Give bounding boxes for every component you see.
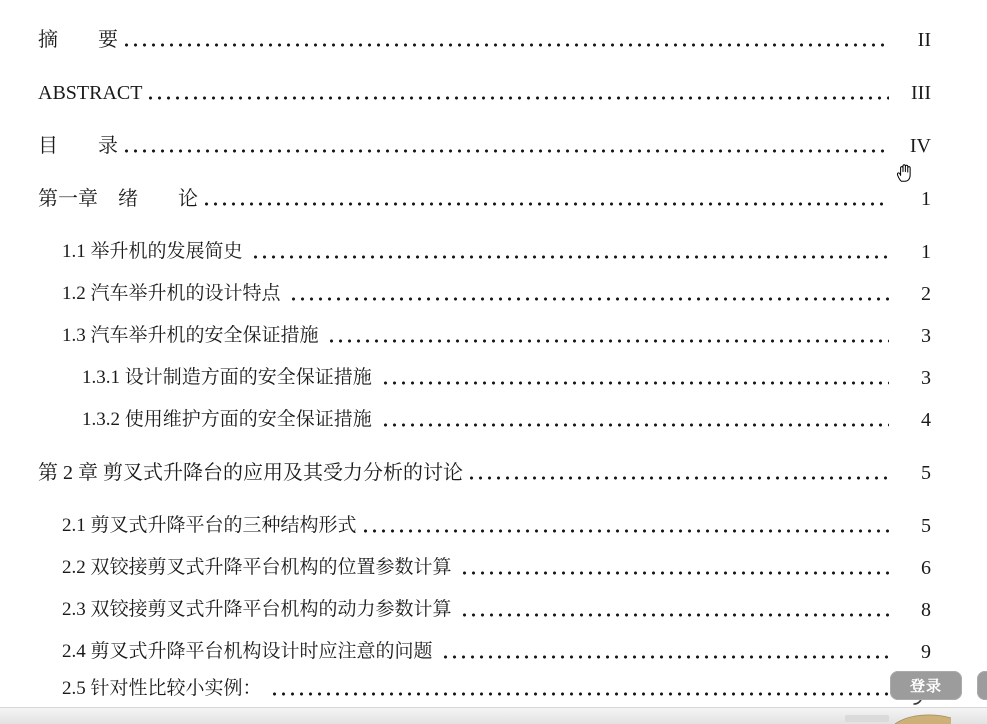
dot-leader	[441, 641, 889, 663]
toc-entry-title: ABSTRACT	[38, 82, 142, 104]
dot-leader	[146, 82, 889, 104]
toc-entry-page-number: 5	[895, 462, 931, 484]
toc-entry: 2.5 针对性比较小实例： 9	[0, 678, 931, 700]
toc-entry: 第一章 绪 论1	[0, 188, 931, 210]
dot-leader	[122, 29, 889, 51]
dot-leader	[270, 678, 889, 700]
toc-entry-title: 1.3 汽车举升机的安全保证措施	[62, 325, 323, 347]
toc-entry-title: 第 2 章 剪叉式升降台的应用及其受力分析的讨论	[38, 462, 463, 484]
toc-entry: 2.1 剪叉式升降平台的三种结构形式5	[0, 515, 931, 537]
toc-list: 摘 要IIABSTRACTIII目 录IV第一章 绪 论11.1 举升机的发展简…	[0, 29, 987, 700]
toc-entry-title: 摘 要	[38, 29, 118, 51]
toc-entry-page-number: 4	[895, 409, 931, 431]
bottom-bar-ghost-text	[845, 715, 889, 722]
toc-entry-page-number: III	[895, 82, 931, 104]
document-page[interactable]: 摘 要IIABSTRACTIII目 录IV第一章 绪 论11.1 举升机的发展简…	[0, 0, 987, 724]
clipped-gold-icon	[893, 712, 953, 724]
toc-entry-page-number: 5	[895, 515, 931, 537]
toc-entry: 第 2 章 剪叉式升降台的应用及其受力分析的讨论5	[0, 462, 931, 484]
toc-entry-title: 2.2 双铰接剪叉式升降平台机构的位置参数计算	[62, 557, 456, 579]
toc-entry-page-number: 1	[895, 188, 931, 210]
dot-leader	[460, 557, 889, 579]
toc-entry: 1.1 举升机的发展简史 1	[0, 241, 931, 263]
dot-leader	[122, 135, 889, 157]
toc-entry: 1.3.1 设计制造方面的安全保证措施 3	[0, 367, 931, 389]
toc-entry: 2.2 双铰接剪叉式升降平台机构的位置参数计算 6	[0, 557, 931, 579]
toc-entry-title: 1.3.1 设计制造方面的安全保证措施	[82, 367, 377, 389]
toc-entry-page-number: 9	[895, 641, 931, 663]
toc-entry: 摘 要II	[0, 29, 931, 51]
toc-entry: 1.2 汽车举升机的设计特点 2	[0, 283, 931, 305]
toc-entry-title: 第一章 绪 论	[38, 188, 198, 210]
dot-leader	[251, 241, 889, 263]
toc-entry-title: 2.5 针对性比较小实例：	[62, 678, 266, 700]
toc-entry-title: 1.2 汽车举升机的设计特点	[62, 283, 285, 305]
toc-entry-title: 1.1 举升机的发展简史	[62, 241, 247, 263]
dot-leader	[381, 409, 889, 431]
toc-entry-page-number: 3	[895, 367, 931, 389]
dot-leader	[381, 367, 889, 389]
toc-entry-page-number: 3	[895, 325, 931, 347]
toc-entry-page-number: 1	[895, 241, 931, 263]
toc-entry-page-number: IV	[895, 135, 931, 157]
toc-entry-page-number: 8	[895, 599, 931, 621]
toc-entry: 1.3.2 使用维护方面的安全保证措施 4	[0, 409, 931, 431]
toc-entry-title: 2.3 双铰接剪叉式升降平台机构的动力参数计算	[62, 599, 456, 621]
dot-leader	[361, 515, 889, 537]
toc-entry: ABSTRACTIII	[0, 82, 931, 104]
toc-entry-page-number: 6	[895, 557, 931, 579]
toc-entry: 2.4 剪叉式升降平台机构设计时应注意的问题 9	[0, 641, 931, 663]
toc-entry: 目 录IV	[0, 135, 931, 157]
bottom-bar	[0, 707, 987, 724]
dot-leader	[467, 462, 889, 484]
toc-entry: 1.3 汽车举升机的安全保证措施 3	[0, 325, 931, 347]
toc-entry-title: 目 录	[38, 135, 118, 157]
toc-entry: 2.3 双铰接剪叉式升降平台机构的动力参数计算 8	[0, 599, 931, 621]
toc-entry-title: 2.4 剪叉式升降平台机构设计时应注意的问题	[62, 641, 437, 663]
toc-entry-title: 1.3.2 使用维护方面的安全保证措施	[82, 409, 377, 431]
dot-leader	[327, 325, 889, 347]
dot-leader	[460, 599, 889, 621]
toc-entry-page-number: II	[895, 29, 931, 51]
dot-leader	[202, 188, 889, 210]
toc-entry-page-number: 2	[895, 283, 931, 305]
login-button[interactable]: 登录	[890, 671, 962, 700]
toc-entry-title: 2.1 剪叉式升降平台的三种结构形式	[62, 515, 357, 537]
dot-leader	[289, 283, 889, 305]
partial-edge-button[interactable]	[977, 671, 987, 700]
